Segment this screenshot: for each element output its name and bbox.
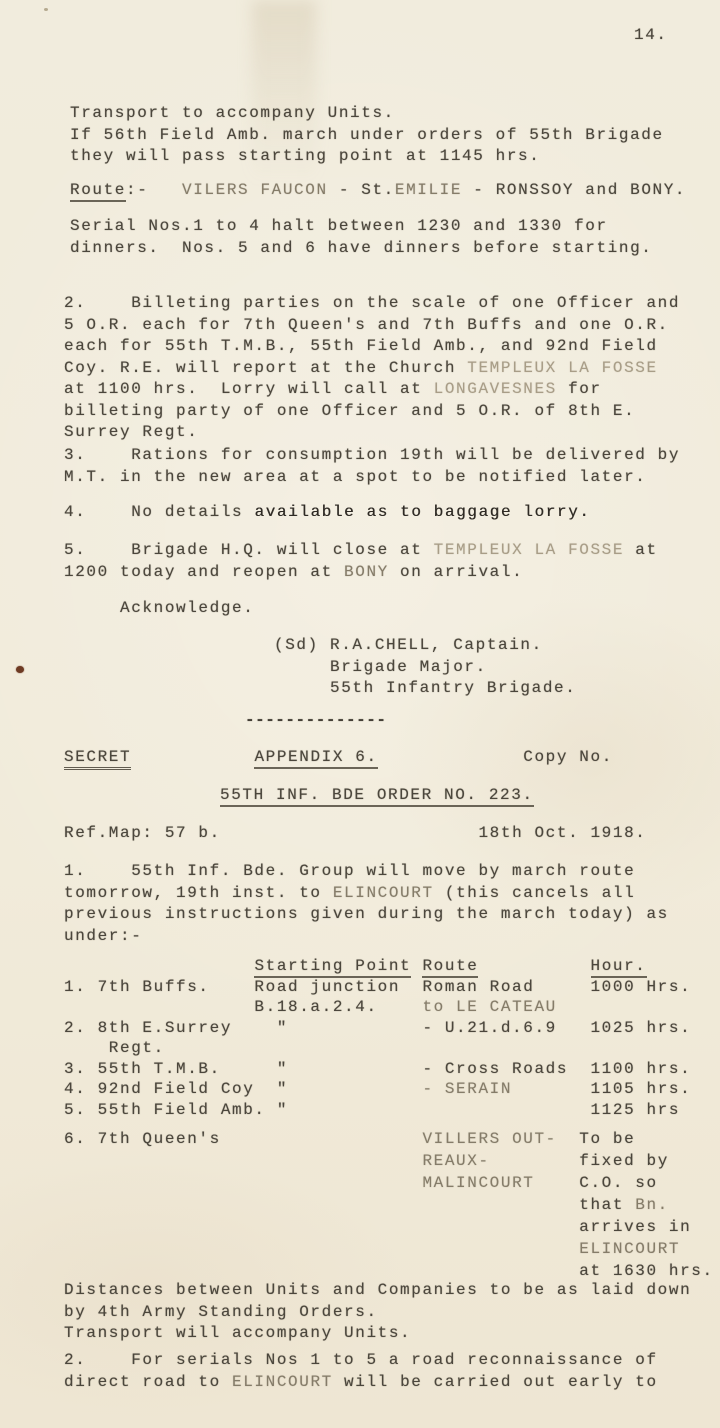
text-line: M.T. in the new area at a spot to be not… — [64, 467, 680, 489]
text-line: Serial Nos.1 to 4 halt between 1230 and … — [70, 216, 652, 238]
text-line: at 1630 hrs. — [64, 1260, 714, 1282]
text-line: 2. Billeting parties on the scale of one… — [64, 293, 680, 315]
text-line: Ref.Map: 57 b. 18th Oct. 1918. — [64, 823, 647, 845]
para-1-march-move: 1. 55th Inf. Bde. Group will move by mar… — [64, 861, 669, 947]
paper-speck — [44, 8, 48, 11]
para-5-brigade-hq: 5. Brigade H.Q. will close at TEMPLEUX L… — [64, 540, 658, 583]
ink-speck-red — [16, 666, 24, 673]
text-line: 1200 today and reopen at BONY on arrival… — [64, 562, 658, 584]
text-line: Acknowledge. — [64, 598, 254, 620]
signature-block: (Sd) R.A.CHELL, Captain. Brigade Major. … — [274, 635, 576, 700]
text-line: 4. 92nd Field Coy " - SERAIN 1105 hrs. — [64, 1079, 691, 1100]
text-line: Coy. R.E. will report at the Church TEMP… — [64, 358, 680, 380]
march-table-row-6: 6. 7th Queen's VILLERS OUT- To be REAUX-… — [64, 1128, 714, 1282]
refmap-date-line: Ref.Map: 57 b. 18th Oct. 1918. — [64, 823, 647, 845]
dashed-separator: -------------- — [245, 710, 386, 732]
text-line: Starting Point Route Hour. — [64, 956, 691, 977]
document-page: 14. Transport to accompany Units.If 56th… — [0, 0, 720, 1428]
para-serial-halts: Serial Nos.1 to 4 halt between 1230 and … — [70, 216, 652, 259]
text-line: 2. For serials Nos 1 to 5 a road reconna… — [64, 1350, 658, 1372]
text-line: Regt. — [64, 1038, 691, 1059]
para-4-baggage: 4. No details available as to baggage lo… — [64, 502, 590, 524]
text-line: dinners. Nos. 5 and 6 have dinners befor… — [70, 238, 652, 260]
text-line: each for 55th T.M.B., 55th Field Amb., a… — [64, 336, 680, 358]
text-line: they will pass starting point at 1145 hr… — [70, 146, 664, 168]
acknowledge-line: Acknowledge. — [64, 598, 254, 620]
text-line: by 4th Army Standing Orders. — [64, 1302, 691, 1324]
text-line: Transport will accompany Units. — [64, 1323, 691, 1345]
text-line: REAUX- fixed by — [64, 1150, 714, 1172]
para-3-rations: 3. Rations for consumption 19th will be … — [64, 445, 680, 488]
text-line: (Sd) R.A.CHELL, Captain. — [274, 635, 576, 657]
text-line: 3. Rations for consumption 19th will be … — [64, 445, 680, 467]
para-transport-accompany: Transport to accompany Units.If 56th Fie… — [70, 103, 664, 168]
text-line: 1. 55th Inf. Bde. Group will move by mar… — [64, 861, 669, 883]
text-line: B.18.a.2.4. to LE CATEAU — [64, 997, 691, 1018]
text-line: 3. 55th T.M.B. " - Cross Roads 1100 hrs. — [64, 1059, 691, 1080]
para-distances: Distances between Units and Companies to… — [64, 1280, 691, 1345]
route-line: Route:- VILERS FAUCON - St.EMILIE - RONS… — [70, 180, 686, 202]
march-table: Starting Point Route Hour.1. 7th Buffs. … — [64, 956, 691, 1120]
text-line: Route:- VILERS FAUCON - St.EMILIE - RONS… — [70, 180, 686, 202]
text-line: 1. 7th Buffs. Road junction Roman Road 1… — [64, 977, 691, 998]
text-line: If 56th Field Amb. march under orders of… — [70, 125, 664, 147]
text-line: billeting party of one Officer and 5 O.R… — [64, 401, 680, 423]
text-line: 55th Infantry Brigade. — [274, 678, 576, 700]
text-line: 5 O.R. each for 7th Queen's and 7th Buff… — [64, 315, 680, 337]
text-line: Surrey Regt. — [64, 422, 680, 444]
text-line: Transport to accompany Units. — [70, 103, 664, 125]
text-line: Distances between Units and Companies to… — [64, 1280, 691, 1302]
text-line: Brigade Major. — [274, 657, 576, 679]
text-line: SECRET APPENDIX 6. Copy No. — [64, 747, 613, 769]
text-line: tomorrow, 19th inst. to ELINCOURT (this … — [64, 883, 669, 905]
text-line: MALINCOURT C.O. so — [64, 1172, 714, 1194]
page-number: 14. — [634, 25, 668, 47]
text-line: direct road to ELINCOURT will be carried… — [64, 1372, 658, 1394]
text-line: ELINCOURT — [64, 1238, 714, 1260]
text-line: previous instructions given during the m… — [64, 904, 669, 926]
text-line: 5. Brigade H.Q. will close at TEMPLEUX L… — [64, 540, 658, 562]
text-line: 6. 7th Queen's VILLERS OUT- To be — [64, 1128, 714, 1150]
text-line: arrives in — [64, 1216, 714, 1238]
text-line: at 1100 hrs. Lorry will call at LONGAVES… — [64, 379, 680, 401]
text-line: 4. No details available as to baggage lo… — [64, 502, 590, 524]
para-2-reconnaissance: 2. For serials Nos 1 to 5 a road reconna… — [64, 1350, 658, 1393]
text-line: under:- — [64, 926, 669, 948]
text-line: that Bn. — [64, 1194, 714, 1216]
order-heading: 55TH INF. BDE ORDER NO. 223. — [220, 785, 534, 807]
text-line: 55TH INF. BDE ORDER NO. 223. — [220, 785, 534, 807]
secret-appendix-copy-line: SECRET APPENDIX 6. Copy No. — [64, 747, 613, 769]
text-line: 5. 55th Field Amb. " 1125 hrs — [64, 1100, 691, 1121]
text-line: 2. 8th E.Surrey " - U.21.d.6.9 1025 hrs. — [64, 1018, 691, 1039]
para-2-billeting: 2. Billeting parties on the scale of one… — [64, 293, 680, 444]
text-line: -------------- — [245, 710, 386, 732]
